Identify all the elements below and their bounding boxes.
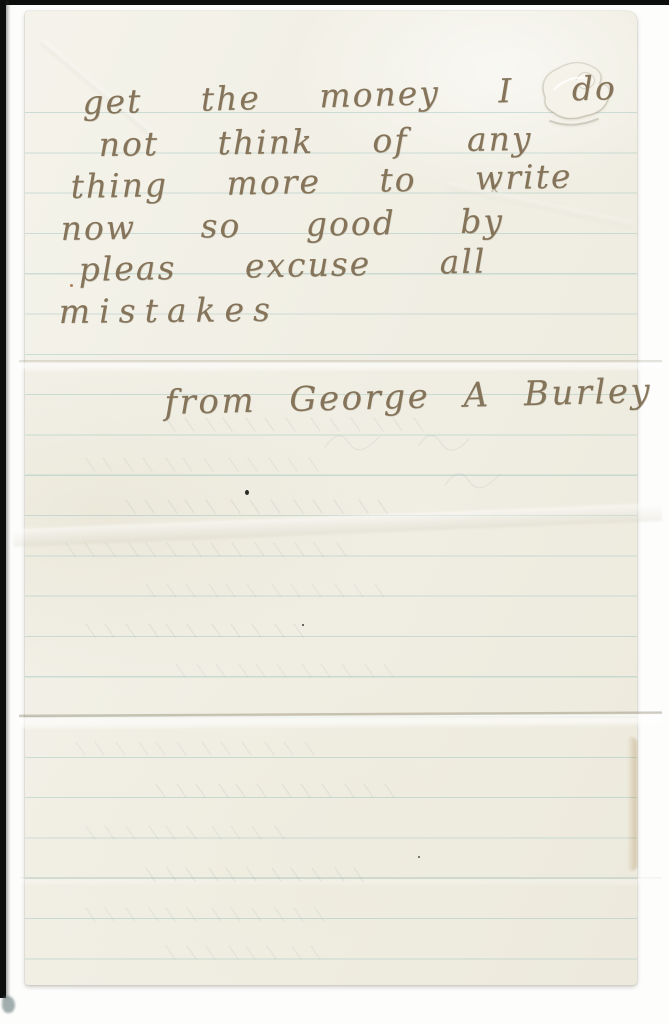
fold-crease-lower [19, 711, 662, 730]
letter-paper: get the money I do not think of any thin… [25, 11, 637, 985]
fold-crease-faint [19, 877, 662, 886]
handwriting-line-2: not think of any [98, 119, 532, 164]
diagonal-wrinkle [13, 503, 662, 547]
correction-mark: x [491, 181, 498, 196]
handwriting-line-5: pleas excuse all [78, 241, 487, 289]
eagle-branch [550, 119, 599, 125]
right-edge-stain [625, 737, 637, 871]
ink-speck [245, 490, 249, 495]
scanner-smudge [2, 996, 15, 1013]
handwriting-line-4: now so good by [60, 201, 504, 248]
rust-speck [70, 284, 73, 287]
scanner-edge-left [0, 0, 6, 998]
fold-crease-upper [19, 360, 662, 372]
ink-speck [418, 856, 420, 858]
handwriting-line-6: mistakes [59, 290, 280, 331]
scanned-letter-page: get the money I do not think of any thin… [0, 0, 669, 1024]
signature-line: from George A Burley [164, 371, 653, 423]
scanner-edge-top [0, 0, 669, 5]
ink-speck [302, 624, 304, 626]
